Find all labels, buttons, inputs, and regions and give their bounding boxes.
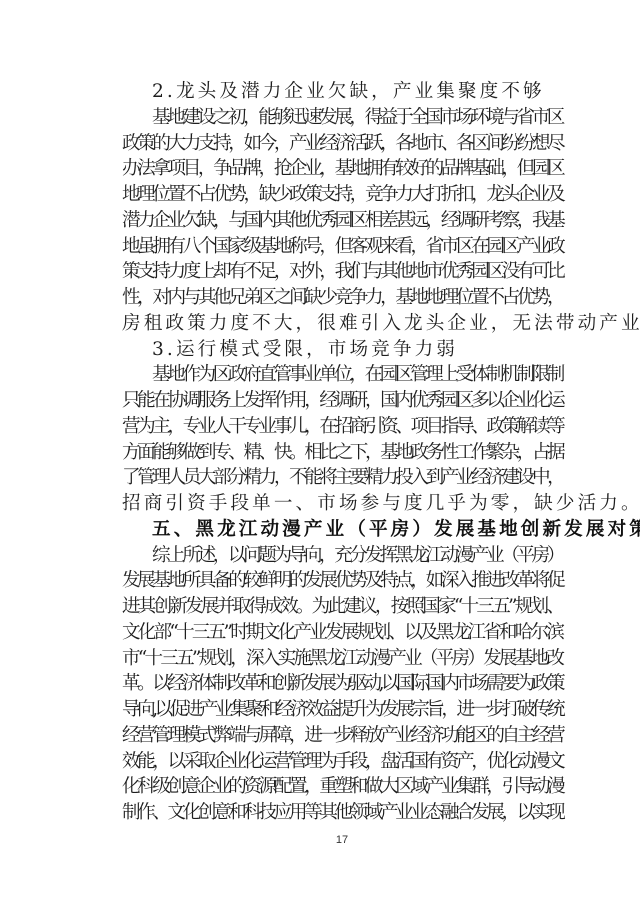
text-line: 制作、文化创意和科技应用等其他领域产业业态融合发展，以实现 [122, 800, 562, 826]
text-line: 地虽拥有八个国家级基地称号，但客观来看，省市区在园区产业政 [122, 234, 562, 260]
page-number: 17 [0, 834, 640, 846]
text-line: 进其创新发展并取得成效。为此建议，按照国家“十三五”规划、 [122, 594, 562, 620]
document-page: 2.龙头及潜力企业欠缺，产业集聚度不够基地建设之初，能够迅速发展，得益于全国市场… [0, 0, 640, 905]
text-line: 政策的大力支持，如今，产业经济活跃，各地市、各区间纷纷想尽 [122, 131, 562, 157]
text-line: 文化部“十三五”时期文化产业发展规划、以及黑龙江省和哈尔滨 [122, 620, 562, 646]
text-line: 基地建设之初，能够迅速发展，得益于全国市场环境与省市区 [122, 105, 562, 131]
text-line: 办法拿项目，争品牌，抢企业，基地拥有较好的品牌基础，但园区 [122, 156, 562, 182]
body-text: 2.龙头及潜力企业欠缺，产业集聚度不够基地建设之初，能够迅速发展，得益于全国市场… [122, 79, 562, 826]
subheading-line: 2.龙头及潜力企业欠缺，产业集聚度不够 [122, 79, 562, 105]
text-line: 潜力企业欠缺，与国内其他优秀园区相差甚远，经调研考察，我基 [122, 208, 562, 234]
text-line: 效能，以采取企业化运营管理为手段，盘活国有资产，优化动漫文 [122, 749, 562, 775]
text-line: 只能在协调服务上发挥作用，经调研，国内优秀园区多以企业化运 [122, 388, 562, 414]
text-line: 了管理人员大部分精力，不能将主要精力投入到产业经济建设中， [122, 465, 562, 491]
text-line: 经营管理模式弊端与屏障，进一步释放产业经济功能区的自主经营 [122, 723, 562, 749]
text-line: 招商引资手段单一、市场参与度几乎为零，缺少活力。 [122, 491, 562, 517]
text-line: 营为主，专业人干专业事儿，在招商引资、项目指导、政策解读等 [122, 414, 562, 440]
text-line: 市“十三五”规划，深入实施黑龙江动漫产业（平房）发展基地改 [122, 646, 562, 672]
text-line: 策支持力度上却有不足，对外，我们与其他地市优秀园区没有可比 [122, 259, 562, 285]
text-line: 革。以经济体制改革和创新发展为驱动,以国际国内市场需要为政策 [122, 671, 562, 697]
text-line: 基地作为区政府直管事业单位，在园区管理上受体制机制限制 [122, 362, 562, 388]
subheading-line: 3.运行模式受限，市场竞争力弱 [122, 337, 562, 363]
text-line: 性，对内与其他兄弟区之间缺少竞争力，基地地理位置不占优势， [122, 285, 562, 311]
text-line: 地理位置不占优势，缺少政策支持，竞争力大打折扣，龙头企业及 [122, 182, 562, 208]
text-line: 房租政策力度不大，很难引入龙头企业，无法带动产业集聚。 [122, 311, 562, 337]
text-line: 方面能够做到专、精、快。相比之下，基地政务性工作繁杂，占据 [122, 440, 562, 466]
text-line: 综上所述，以问题为导向，充分发挥黑龙江动漫产业（平房） [122, 543, 562, 569]
text-line: 发展基地所具备的较鲜明的发展优势及特点，如深入推进改革将促 [122, 568, 562, 594]
text-line: 化科级创意企业的资源配置，重塑和做大区域产业集群，引导动漫 [122, 774, 562, 800]
text-line: 导向,以促进产业集聚和经济效益提升为发展宗旨，进一步打破传统 [122, 697, 562, 723]
section-heading: 五、黑龙江动漫产业（平房）发展基地创新发展对策 [122, 517, 562, 543]
